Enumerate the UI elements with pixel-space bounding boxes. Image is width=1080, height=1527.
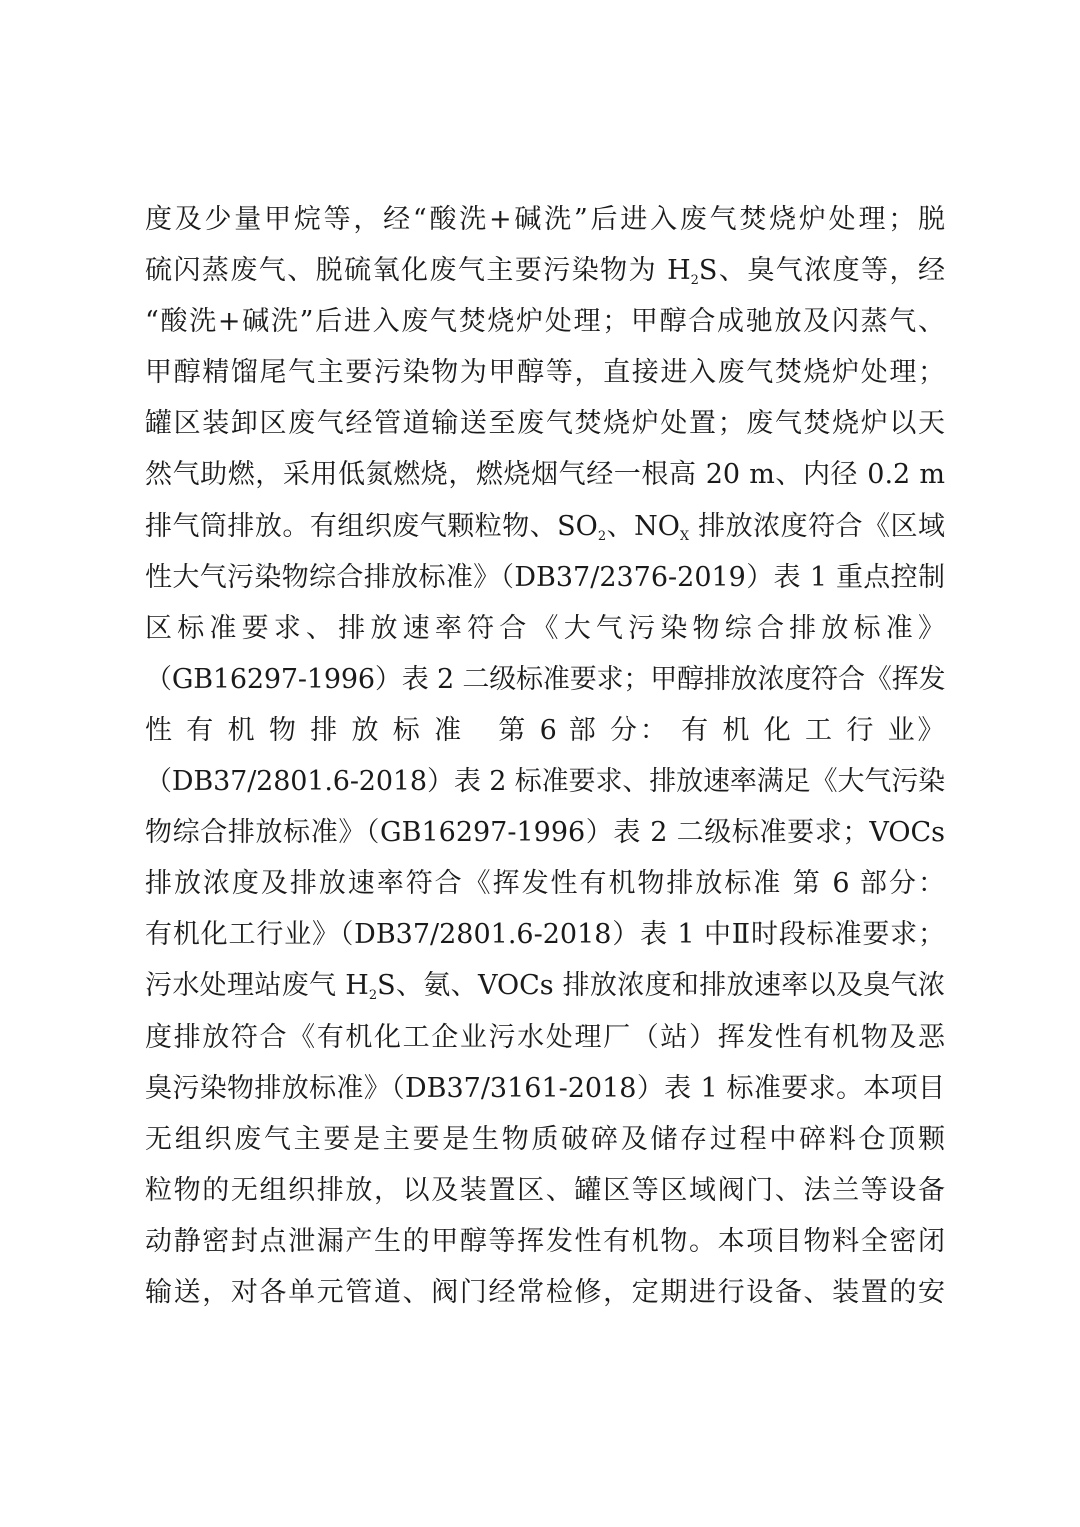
text-line-6: 然气助燃，采用低氮燃烧，燃烧烟气经一根高 20 m、内径 0.2 m [145, 456, 945, 507]
text-line-13: 物综合排放标准》（GB16297-1996）表 2 二级标准要求；VOCs [145, 814, 945, 865]
text-line-20: 粒物的无组织排放，以及装置区、罐区等区域阀门、法兰等设备 [145, 1172, 945, 1223]
text-line-21: 动静密封点泄漏产生的甲醇等挥发性有机物。本项目物料全密闭 [145, 1223, 945, 1274]
subscript: 2 [369, 988, 377, 1003]
subscript: 2 [598, 529, 606, 544]
text-line-10: （GB16297-1996）表 2 二级标准要求；甲醇排放浓度符合《挥发 [145, 661, 945, 712]
text-line-1: 度及少量甲烷等，经“酸洗+碱洗”后进入废气焚烧炉处理；脱 [145, 201, 945, 252]
text-line-15: 有机化工行业》（DB37/2801.6-2018）表 1 中Ⅱ时段标准要求； [145, 916, 945, 967]
subscript: 2 [691, 273, 699, 288]
text-line-9: 区标准要求、排放速率符合《大气污染物综合排放标准》 [145, 610, 945, 661]
text-line-19: 无组织废气主要是主要是生物质破碎及储存过程中碎料仓顶颗 [145, 1121, 945, 1172]
text-line-22: 输送，对各单元管道、阀门经常检修，定期进行设备、装置的安 [145, 1274, 945, 1325]
text-line-8: 性大气污染物综合排放标准》（DB37/2376-2019）表 1 重点控制 [145, 559, 945, 610]
text-line-17: 度排放符合《有机化工企业污水处理厂（站）挥发性有机物及恶 [145, 1019, 945, 1070]
body-paragraph: 度及少量甲烷等，经“酸洗+碱洗”后进入废气焚烧炉处理；脱 硫闪蒸废气、脱硫氧化废… [145, 201, 945, 1325]
text-line-5: 罐区装卸区废气经管道输送至废气焚烧炉处置；废气焚烧炉以天 [145, 405, 945, 456]
text-line-3: “酸洗+碱洗”后进入废气焚烧炉处理；甲醇合成驰放及闪蒸气、 [145, 303, 945, 354]
text-line-12: （DB37/2801.6-2018）表 2 标准要求、排放速率满足《大气污染 [145, 763, 945, 814]
text-line-4: 甲醇精馏尾气主要污染物为甲醇等，直接进入废气焚烧炉处理； [145, 354, 945, 405]
text-line-2: 硫闪蒸废气、脱硫氧化废气主要污染物为 H2S、臭气浓度等，经 [145, 252, 945, 303]
text-line-11: 性 有 机 物 排 放 标 准 第 6 部 分： 有 机 化 工 行 业》 [145, 712, 945, 763]
text-line-16: 污水处理站废气 H2S、氨、VOCs 排放浓度和排放速率以及臭气浓 [145, 967, 945, 1018]
text-line-18: 臭污染物排放标准》（DB37/3161-2018）表 1 标准要求。本项目 [145, 1070, 945, 1121]
subscript: X [680, 529, 689, 544]
text-line-14: 排放浓度及排放速率符合《挥发性有机物排放标准 第 6 部分： [145, 865, 945, 916]
text-line-7: 排气筒排放。有组织废气颗粒物、SO2、NOX 排放浓度符合《区域 [145, 508, 945, 559]
document-page: 度及少量甲烷等，经“酸洗+碱洗”后进入废气焚烧炉处理；脱 硫闪蒸废气、脱硫氧化废… [0, 0, 1080, 1527]
